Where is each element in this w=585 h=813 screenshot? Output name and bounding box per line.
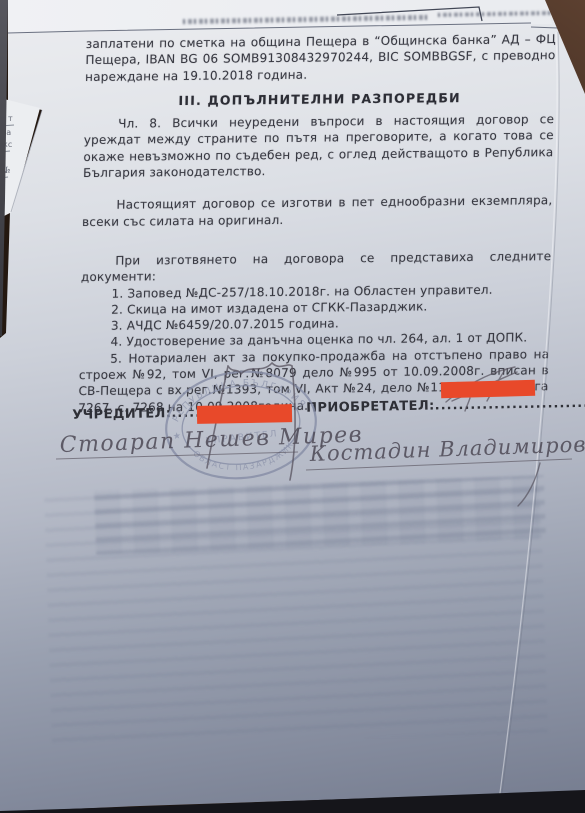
acquirer-signature: Костадин Владимиров Дим: [306, 430, 585, 506]
page-crease: [498, 32, 557, 808]
svg-text:т: т: [8, 114, 13, 123]
redaction-bar-acquirer: [441, 380, 535, 398]
photo-of-document: заплатени по сметка на община Пещера в “…: [0, 0, 585, 813]
page-crease-shadow: [500, 32, 559, 808]
redaction-bar-founder: [197, 404, 292, 424]
ink-overlay: т га кс № РЕПУБЛИКА БЪЛГАРИЯ ОБЛАСТ ПАЗА…: [0, 0, 585, 813]
corner-mark: [337, 7, 482, 21]
page-edge-lines: [8, 23, 585, 212]
